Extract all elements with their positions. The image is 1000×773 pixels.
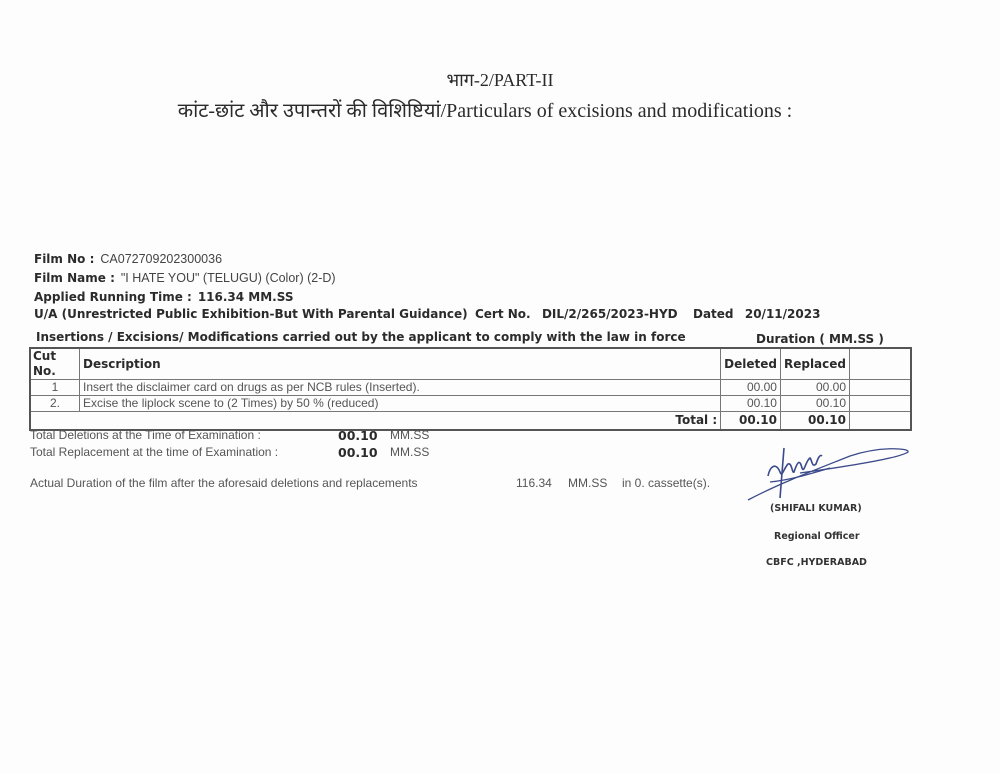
running-time-value: 116.34 MM.SS (198, 290, 294, 304)
total-replacement-value: 00.10 (338, 445, 378, 460)
table-row: 1 Insert the disclaimer card on drugs as… (30, 380, 911, 396)
total-deletions-label: Total Deletions at the Time of Examinati… (30, 428, 261, 442)
table-heading: Insertions / Excisions/ Modifications ca… (36, 330, 686, 344)
actual-duration-label: Actual Duration of the film after the af… (30, 476, 418, 490)
col-description: Description (80, 348, 721, 380)
cut-deleted: 00.10 (721, 396, 781, 412)
excisions-table: Cut No. Description Deleted Replaced 1 I… (29, 347, 912, 431)
certificate-row: U/A (Unrestricted Public Exhibition-But … (34, 307, 820, 321)
col-deleted: Deleted (721, 348, 781, 380)
blank-cell (850, 396, 912, 412)
film-name-value: "I HATE YOU" (TELUGU) (Color) (2-D) (121, 271, 336, 285)
film-name-label: Film Name : (34, 271, 115, 285)
cert-date: 20/11/2023 (745, 307, 821, 321)
total-deletions-value: 00.10 (338, 428, 378, 443)
total-deleted: 00.10 (721, 412, 781, 431)
part-title: भाग-2/PART-II (0, 68, 1000, 92)
film-no-value: CA072709202300036 (100, 252, 222, 266)
film-no-label: Film No : (34, 252, 94, 266)
film-name-row: Film Name :"I HATE YOU" (TELUGU) (Color)… (34, 271, 336, 285)
duration-heading: Duration ( MM.SS ) (756, 332, 884, 346)
film-no-row: Film No :CA072709202300036 (34, 252, 222, 266)
total-replaced: 00.10 (780, 412, 849, 431)
cert-no-label: Cert No. (475, 307, 531, 321)
signatory-role: Regional Officer (774, 531, 860, 542)
blank-cell (850, 380, 912, 396)
signatory-name: (SHIFALI KUMAR) (770, 503, 862, 514)
table-row: 2. Excise the liplock scene to (2 Times)… (30, 396, 911, 412)
cert-no-value: DIL/2/265/2023-HYD (542, 307, 678, 321)
total-replacement-label: Total Replacement at the time of Examina… (30, 445, 278, 459)
cut-no: 2. (30, 396, 80, 412)
total-deletions-unit: MM.SS (390, 428, 429, 442)
actual-duration-value: 116.34 (516, 476, 552, 490)
section-title: कांट-छांट और उपान्तरों की विशिष्टियां/Pa… (0, 96, 970, 123)
cut-description: Insert the disclaimer card on drugs as p… (80, 380, 721, 396)
col-replaced: Replaced (780, 348, 849, 380)
total-replacement-unit: MM.SS (390, 445, 429, 459)
cut-replaced: 00.10 (780, 396, 849, 412)
running-time-label: Applied Running Time : (34, 290, 192, 304)
cut-description: Excise the liplock scene to (2 Times) by… (80, 396, 721, 412)
table-header-row: Cut No. Description Deleted Replaced (30, 348, 911, 380)
cut-no: 1 (30, 380, 80, 396)
signature-icon (740, 438, 915, 508)
running-time-row: Applied Running Time :116.34 MM.SS (34, 290, 293, 304)
cassette-count: in 0. cassette(s). (622, 476, 710, 490)
certificate-category: U/A (Unrestricted Public Exhibition-But … (34, 307, 468, 321)
col-cut-no: Cut No. (30, 348, 80, 380)
blank-cell (850, 412, 912, 431)
dated-label: Dated (693, 307, 734, 321)
col-blank (850, 348, 912, 380)
actual-duration-unit: MM.SS (568, 476, 607, 490)
signatory-office: CBFC ,HYDERABAD (766, 557, 867, 568)
cut-replaced: 00.00 (780, 380, 849, 396)
cut-deleted: 00.00 (721, 380, 781, 396)
